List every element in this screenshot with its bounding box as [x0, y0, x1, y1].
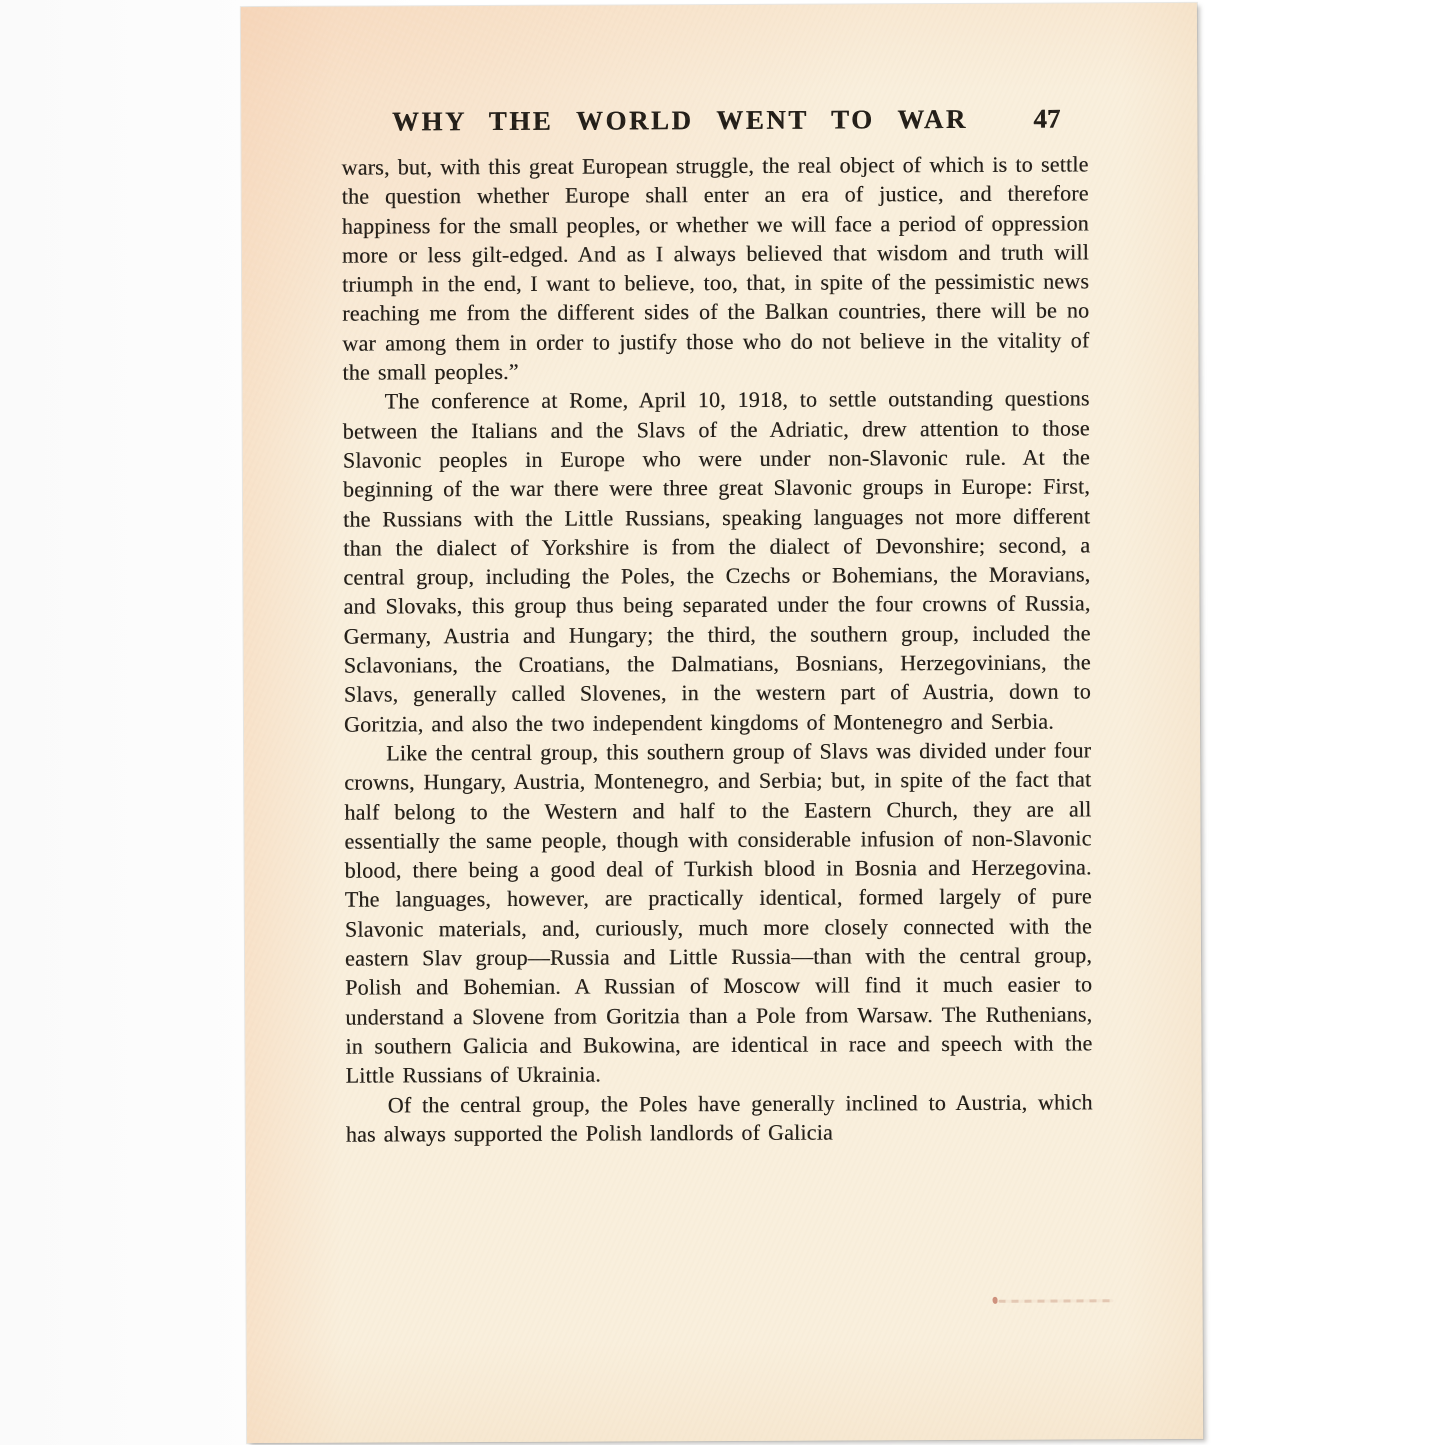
body-paragraph-1: wars, but, with this great European stru… — [342, 149, 1090, 387]
body-paragraph-3: Like the central group, this southern gr… — [344, 735, 1093, 1090]
page-number: 47 — [1033, 104, 1060, 135]
scan-background: WHY THE WORLD WENT TO WAR 47 wars, but, … — [0, 0, 1445, 1445]
running-head-title: WHY THE WORLD WENT TO WAR — [341, 104, 1018, 138]
book-page: WHY THE WORLD WENT TO WAR 47 wars, but, … — [241, 3, 1203, 1443]
ink-speck — [993, 1297, 998, 1304]
body-paragraph-2: The conference at Rome, April 10, 1918, … — [343, 384, 1092, 739]
page-body: wars, but, with this great European stru… — [342, 149, 1093, 1148]
page-header: WHY THE WORLD WENT TO WAR 47 — [341, 103, 1088, 140]
ink-smudge — [999, 1299, 1114, 1303]
body-paragraph-4: Of the central group, the Poles have gen… — [346, 1087, 1093, 1149]
